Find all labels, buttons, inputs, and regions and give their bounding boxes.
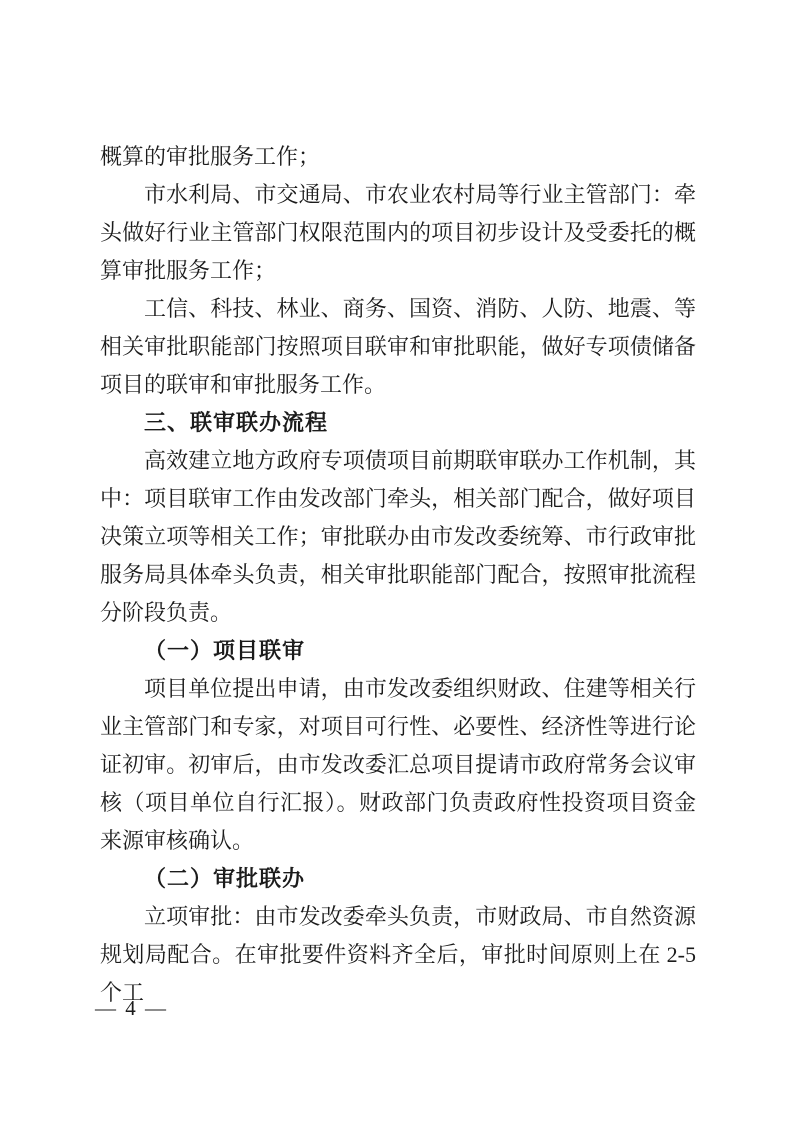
section-heading-joint-review-process: 三、联审联办流程 (100, 404, 696, 442)
page-footer: — 4 — (95, 994, 168, 1022)
paragraph-industry-departments: 市水利局、市交通局、市农业农村局等行业主管部门：牵头做好行业主管部门权限范围内的… (100, 176, 696, 290)
page-number: — 4 — (95, 996, 168, 1020)
paragraph-project-joint-review-detail: 项目单位提出申请，由市发改委组织财政、住建等相关行业主管部门和专家，对项目可行性… (100, 670, 696, 860)
paragraph-mechanism-overview: 高效建立地方政府专项债项目前期联审联办工作机制，其中：项目联审工作由发改部门牵头… (100, 442, 696, 632)
paragraph-approval-function-departments: 工信、科技、林业、商务、国资、消防、人防、地震、等相关审批职能部门按照项目联审和… (100, 290, 696, 404)
document-page: 概算的审批服务工作； 市水利局、市交通局、市农业农村局等行业主管部门：牵头做好行… (0, 0, 794, 1123)
sub-heading-approval-joint-handling: （二）审批联办 (100, 860, 696, 898)
document-body: 概算的审批服务工作； 市水利局、市交通局、市农业农村局等行业主管部门：牵头做好行… (100, 138, 696, 1012)
paragraph-continuation: 概算的审批服务工作； (100, 138, 696, 176)
paragraph-approval-joint-handling-detail: 立项审批：由市发改委牵头负责，市财政局、市自然资源规划局配合。在审批要件资料齐全… (100, 898, 696, 1012)
sub-heading-project-joint-review: （一）项目联审 (100, 632, 696, 670)
